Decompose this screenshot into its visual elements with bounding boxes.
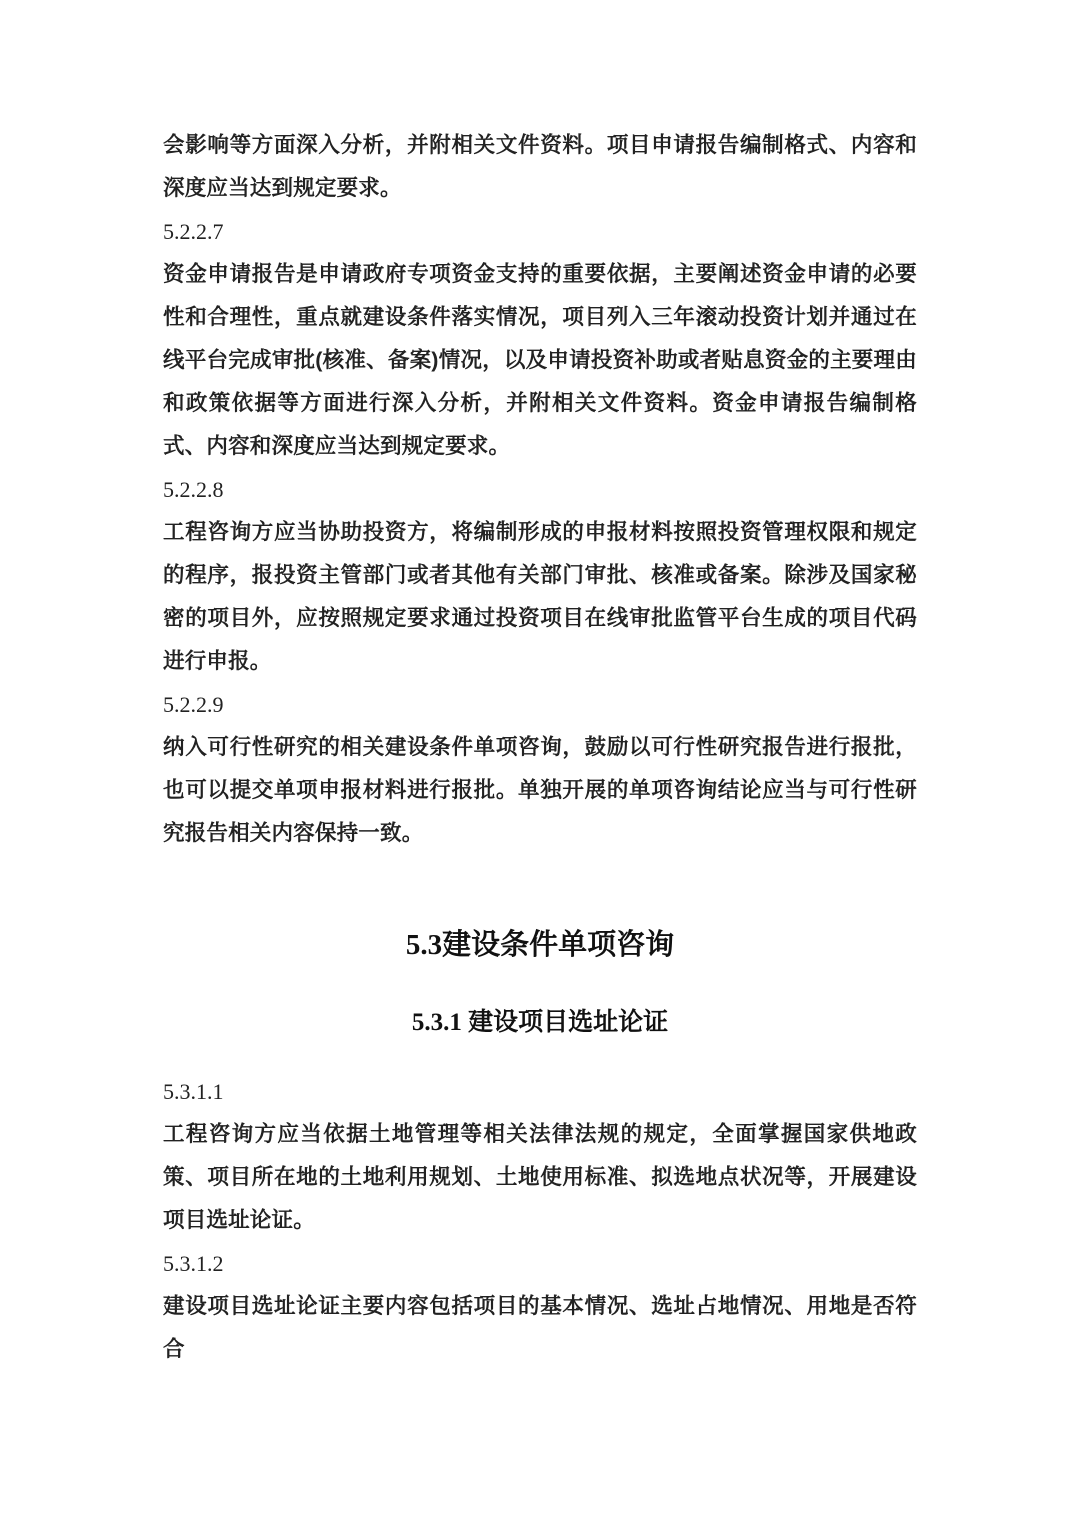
body-paragraph: 纳入可行性研究的相关建设条件单项咨询，鼓励以可行性研究报告进行报批，也可以提交单… xyxy=(163,726,917,855)
body-paragraph: 工程咨询方应当协助投资方，将编制形成的申报材料按照投资管理权限和规定的程序，报投… xyxy=(163,511,917,683)
body-paragraph: 工程咨询方应当依据土地管理等相关法律法规的规定，全面掌握国家供地政策、项目所在地… xyxy=(163,1113,917,1242)
subsection-heading: 5.3.1 建设项目选址论证 xyxy=(163,1005,917,1041)
section-heading: 5.3建设条件单项咨询 xyxy=(163,925,917,965)
clause-number: 5.2.2.8 xyxy=(163,468,917,511)
clause-number: 5.2.2.9 xyxy=(163,683,917,726)
clause-number: 5.3.1.2 xyxy=(163,1242,917,1285)
body-paragraph: 会影响等方面深入分析，并附相关文件资料。项目申请报告编制格式、内容和深度应当达到… xyxy=(163,124,917,210)
document-page: 会影响等方面深入分析，并附相关文件资料。项目申请报告编制格式、内容和深度应当达到… xyxy=(0,0,1080,1527)
body-paragraph: 资金申请报告是申请政府专项资金支持的重要依据，主要阐述资金申请的必要性和合理性，… xyxy=(163,253,917,468)
clause-number: 5.2.2.7 xyxy=(163,210,917,253)
clause-number: 5.3.1.1 xyxy=(163,1070,917,1113)
body-paragraph: 建设项目选址论证主要内容包括项目的基本情况、选址占地情况、用地是否符合 xyxy=(163,1285,917,1371)
document-content: 会影响等方面深入分析，并附相关文件资料。项目申请报告编制格式、内容和深度应当达到… xyxy=(163,124,917,1371)
